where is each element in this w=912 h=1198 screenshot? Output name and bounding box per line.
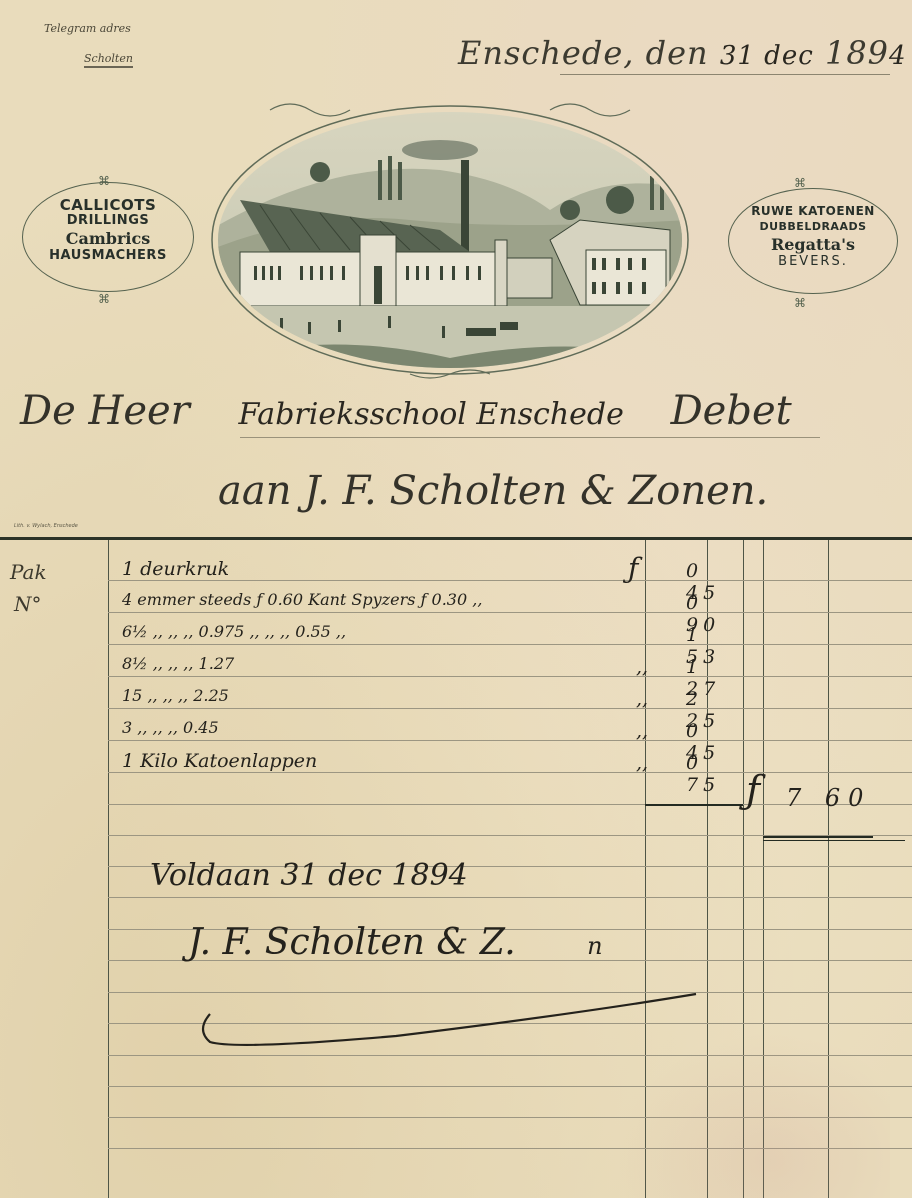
cartouche-line: BEVERS.: [729, 254, 897, 270]
cartouche-line: DUBBELDRAADS: [729, 219, 897, 235]
ditto-mark: ,,: [636, 688, 648, 710]
ledger-row-amount: 0 75: [686, 752, 742, 796]
ledger-row-description: 4 emmer steeds ƒ 0.60 Kant Spyzers ƒ 0.3…: [122, 590, 482, 609]
date-handwritten: 31 dec: [720, 41, 814, 71]
knot-ornament-icon: ⌘: [794, 176, 806, 190]
year-handwritten: 4: [889, 41, 907, 71]
ruled-line: [108, 580, 912, 581]
addressee-prefix: De Heer: [20, 388, 190, 434]
ledger-row-description: 1 Kilo Katoenlappen: [122, 750, 317, 772]
total-rule: [763, 836, 873, 838]
ledger-row-description: 8½ ,, ,, ,, 1.27: [122, 654, 234, 673]
cartouche-line: DRILLINGS: [23, 213, 193, 229]
subtotal-rule: [645, 804, 743, 806]
total-guilder-sign: ƒ: [746, 768, 760, 812]
column-label-pak: Pak: [10, 560, 47, 584]
signature: J. F. Scholten & Z. n: [188, 922, 603, 963]
cartouche-line: CALLICOTS: [23, 197, 193, 213]
cartouche-line: RUWE KATOENEN: [729, 203, 897, 219]
year-printed: 189: [825, 34, 889, 72]
ruled-line: [108, 740, 912, 741]
ruled-line: [108, 897, 912, 898]
cartouche-line: HAUSMACHERS: [23, 248, 193, 264]
cartouche-line: Cambrics: [23, 229, 193, 248]
factory-illustration-icon: [210, 90, 690, 380]
signature-text: J. F. Scholten & Z.: [188, 922, 516, 963]
printer-imprint: Lith. v. Wylach, Enschede: [14, 523, 78, 529]
signature-suffix: n: [587, 932, 602, 960]
debet-label: Debet: [671, 388, 792, 434]
ditto-mark: ,,: [636, 752, 648, 774]
ruled-line: [108, 708, 912, 709]
ledger-top-border: [0, 537, 912, 540]
knot-ornament-icon: ⌘: [794, 296, 806, 310]
paper-stain: [590, 1010, 890, 1198]
creditor-line: aan J. F. Scholten & Zonen.: [218, 468, 768, 514]
ledger-row-description: 15 ,, ,, ,, 2.25: [122, 686, 229, 705]
cartouche-line: Regatta's: [729, 235, 897, 254]
margin-rule: [108, 540, 109, 1198]
ruled-line: [108, 676, 912, 677]
addressee-rule: [240, 437, 820, 438]
place-label: Enschede, den: [458, 34, 709, 72]
ledger-row-description: 3 ,, ,, ,, 0.45: [122, 718, 219, 737]
ditto-mark: ,,: [636, 656, 648, 678]
factory-engraving: [210, 90, 690, 380]
addressee-handwritten: Fabrieksschool Enschede: [239, 397, 624, 432]
paid-note: Voldaan 31 dec 1894: [150, 858, 468, 893]
ditto-mark: ,,: [636, 720, 648, 742]
knot-ornament-icon: ⌘: [98, 292, 110, 306]
ledger-row-description: 6½ ,, ,, ,, 0.975 ,, ,, ,, 0.55 ,,: [122, 622, 346, 641]
place-date-line: Enschede, den 31 dec 1894: [458, 34, 907, 72]
addressee-line: De Heer Fabrieksschool Enschede Debet: [20, 388, 792, 434]
total-amount: 7 60: [786, 784, 871, 812]
total-rule-double: [763, 840, 905, 841]
telegram-label: Telegram adres: [44, 22, 131, 35]
product-cartouche-right: RUWE KATOENEN DUBBELDRAADS Regatta's BEV…: [728, 188, 898, 294]
column-label-nr: N°: [14, 592, 42, 616]
product-cartouche-left: CALLICOTS DRILLINGS Cambrics HAUSMACHERS: [22, 182, 194, 292]
knot-ornament-icon: ⌘: [98, 174, 110, 188]
ruled-line: [108, 644, 912, 645]
date-rule: [560, 74, 890, 75]
ruled-line: [108, 772, 912, 773]
ruled-line: [108, 612, 912, 613]
ledger-row-description: 1 deurkruk: [122, 558, 229, 580]
telegram-name: Scholten: [84, 52, 133, 68]
guilder-sign: ƒ: [628, 552, 638, 585]
